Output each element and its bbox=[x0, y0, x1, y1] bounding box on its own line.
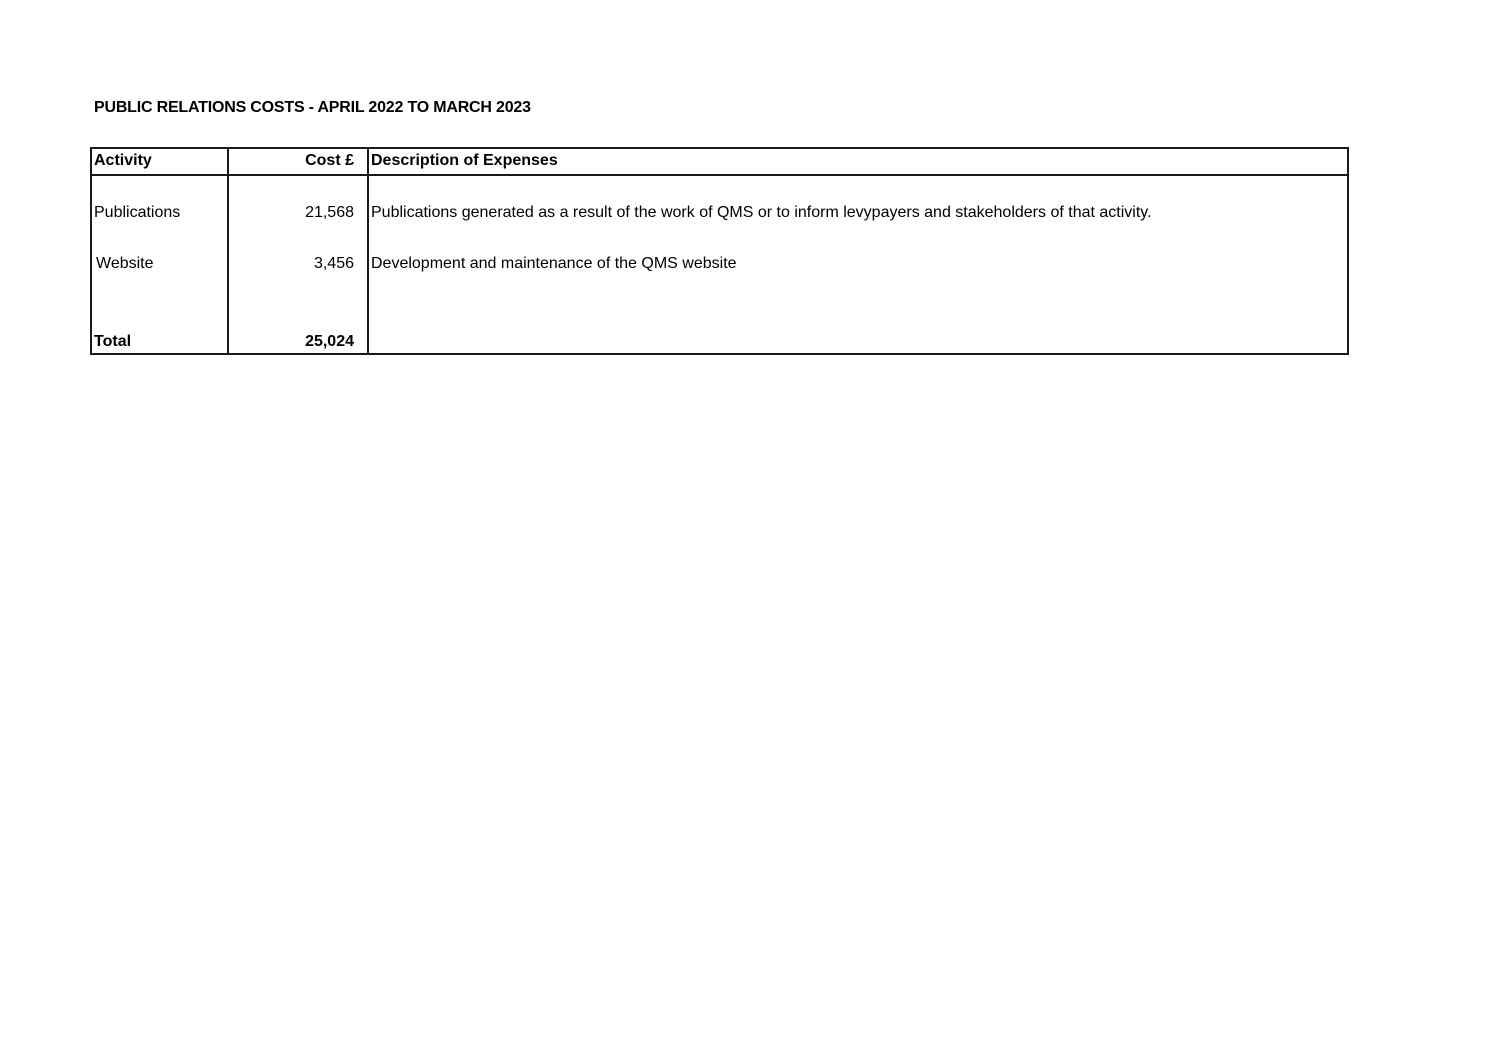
column-divider bbox=[367, 149, 369, 353]
table-row-description: Publications generated as a result of th… bbox=[371, 203, 1152, 223]
table-row-cost: 3,456 bbox=[229, 254, 354, 274]
total-label: Total bbox=[94, 332, 131, 352]
total-cost: 25,024 bbox=[229, 332, 354, 352]
table-row-cost: 21,568 bbox=[229, 203, 354, 223]
table-row-description: Development and maintenance of the QMS w… bbox=[371, 254, 737, 274]
header-cost: Cost £ bbox=[229, 151, 354, 171]
document-title: PUBLIC RELATIONS COSTS - APRIL 2022 TO M… bbox=[94, 99, 531, 117]
table-row-activity: Publications bbox=[94, 203, 180, 223]
public-relations-costs-table: Activity Cost £ Description of Expenses … bbox=[90, 147, 1349, 355]
header-description: Description of Expenses bbox=[371, 151, 558, 171]
table-row-activity: Website bbox=[96, 254, 154, 274]
header-divider bbox=[92, 174, 1347, 176]
header-activity: Activity bbox=[94, 151, 152, 171]
column-divider bbox=[227, 149, 229, 353]
